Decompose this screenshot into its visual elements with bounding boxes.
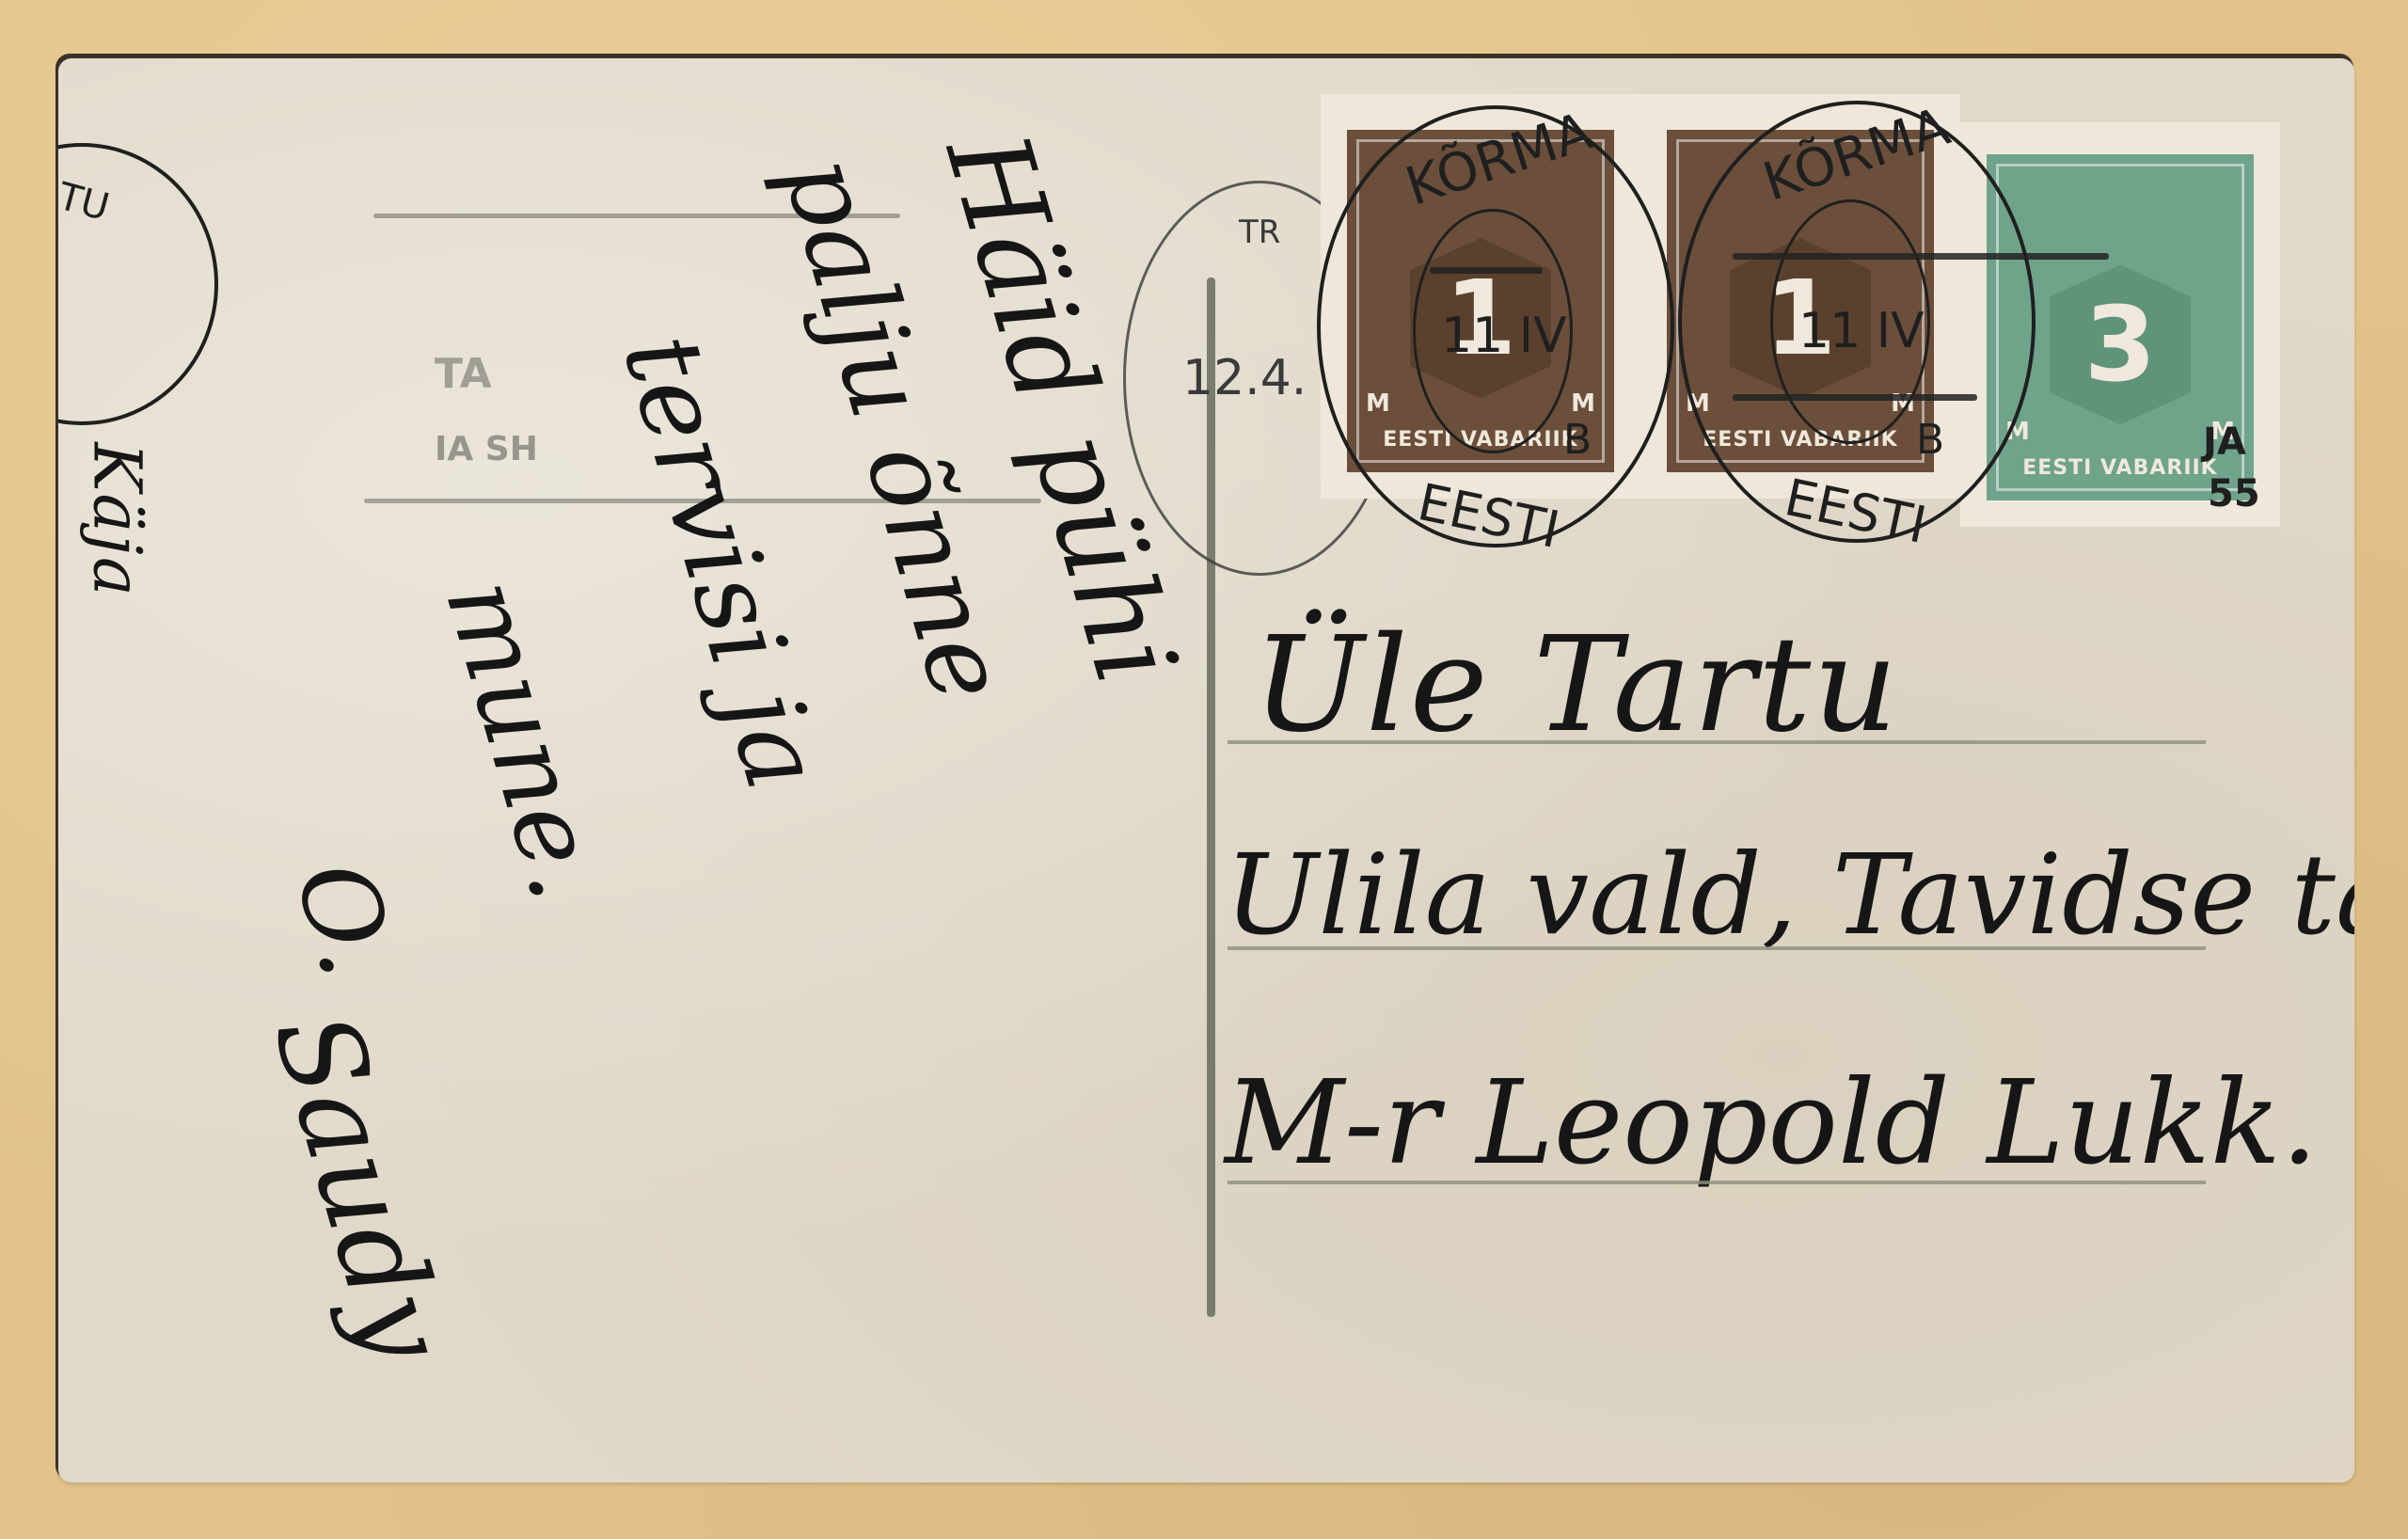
address-guideline-3 [1228,1181,2206,1184]
right-edge-fragment-2: 55 [2208,472,2260,516]
address-line-1: Üle Tartu [1253,609,1899,762]
signature-initial: O. [272,849,419,989]
message-line-4: mune. [422,566,627,912]
stamp-3-value: 3 [2050,264,2191,424]
korma-postmark-2-date: 11 IV [1798,303,1925,359]
address-line-2: Ulila vald, Tavidse talu [1225,830,2354,960]
korma-postmark-1-series: B [1563,416,1592,464]
side-note: Käja [79,442,156,597]
machine-cancel-text-2: IA SH [435,430,538,468]
cancel-bar-1 [1430,267,1543,274]
korma-postmark-2-series: B [1916,416,1944,464]
address-guideline-2 [1228,946,2206,950]
tartu-postmark-date: 12.4. [1182,350,1307,406]
cancel-bar-3 [1733,394,1977,401]
tartu-postmark-top: TR [1239,214,1280,251]
signature-name: Saudy [247,999,470,1374]
message-line-3: tervisi ja [599,322,845,802]
address-line-3: M-r Leopold Lukk. [1225,1055,2318,1191]
right-edge-fragment-1: JA [2203,420,2246,464]
machine-cancel-text-1: TA [435,350,492,398]
address-guideline-1 [1228,740,2206,744]
cancel-bar-2 [1733,253,2109,260]
korma-postmark-1-date: 11 IV [1441,308,1567,364]
postcard: TU Käja TA IA SH Häid pühi palju õnne te… [58,58,2354,1483]
